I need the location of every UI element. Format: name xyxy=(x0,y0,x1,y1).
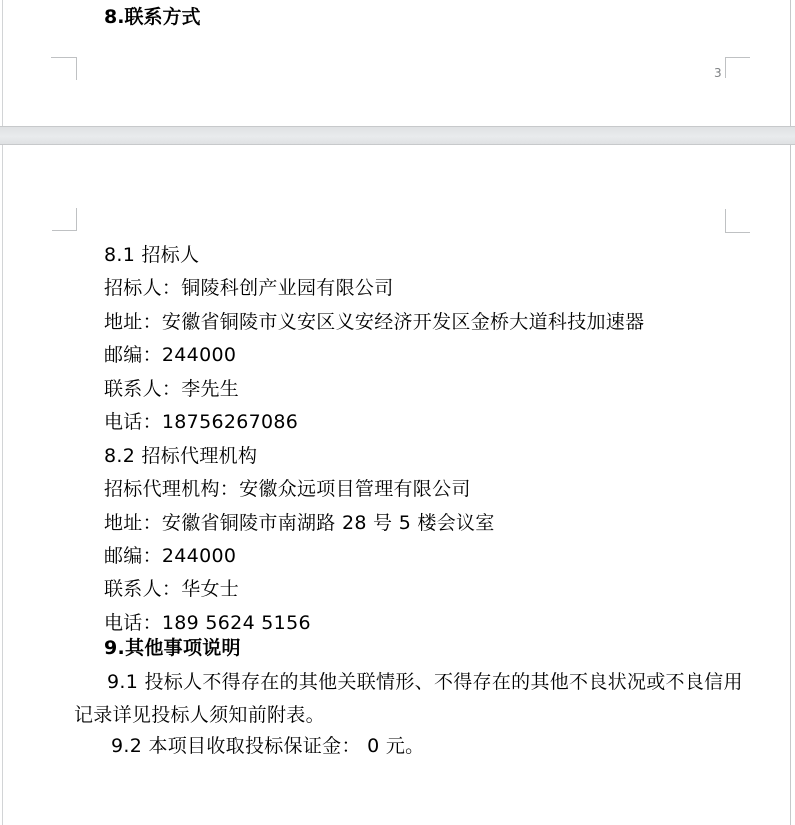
tenderer-name-line[interactable]: 招标人：铜陵科创产业园有限公司 xyxy=(104,278,394,298)
section-8-1-heading[interactable]: 8.1 招标人 xyxy=(104,245,199,265)
document-canvas: 8.联系方式 3 8.1 招标人 招标人：铜陵科创产业园有限公司 地址：安徽省铜… xyxy=(0,0,795,825)
tenderer-address-line[interactable]: 地址：安徽省铜陵市义安区义安经济开发区金桥大道科技加速器 xyxy=(104,312,644,332)
agency-address-line[interactable]: 地址：安徽省铜陵市南湖路 28 号 5 楼会议室 xyxy=(104,513,495,533)
page-separator xyxy=(0,126,795,145)
page-number: 3 xyxy=(714,66,722,80)
margin-crop-mark-bottom-left xyxy=(51,57,77,80)
tenderer-postcode-line[interactable]: 邮编：244000 xyxy=(104,345,236,365)
margin-crop-mark-bottom-right xyxy=(725,57,750,78)
agency-postcode-line[interactable]: 邮编：244000 xyxy=(104,546,236,566)
clause-9-1-line-2[interactable]: 记录详见投标人须知前附表。 xyxy=(74,705,325,725)
page-2[interactable]: 8.1 招标人 招标人：铜陵科创产业园有限公司 地址：安徽省铜陵市义安区义安经济… xyxy=(2,145,791,825)
margin-crop-mark-top-left xyxy=(52,208,77,231)
tenderer-phone-line[interactable]: 电话：18756267086 xyxy=(104,412,298,432)
section-9-heading[interactable]: 9.其他事项说明 xyxy=(104,638,241,658)
tenderer-contact-line[interactable]: 联系人：李先生 xyxy=(104,379,239,399)
clause-9-2-line[interactable]: 9.2 本项目收取投标保证金： 0 元。 xyxy=(111,736,424,756)
agency-contact-line[interactable]: 联系人：华女士 xyxy=(104,579,239,599)
section-8-2-heading[interactable]: 8.2 招标代理机构 xyxy=(104,446,257,466)
agency-phone-line[interactable]: 电话：189 5624 5156 xyxy=(104,613,311,633)
page-1[interactable]: 8.联系方式 3 xyxy=(2,0,791,126)
margin-crop-mark-top-right xyxy=(725,209,750,233)
section-8-heading[interactable]: 8.联系方式 xyxy=(104,2,200,29)
agency-name-line[interactable]: 招标代理机构：安徽众远项目管理有限公司 xyxy=(104,479,471,499)
clause-9-1-line-1[interactable]: 9.1 投标人不得存在的其他关联情形、不得存在的其他不良状况或不良信用 xyxy=(107,672,743,692)
